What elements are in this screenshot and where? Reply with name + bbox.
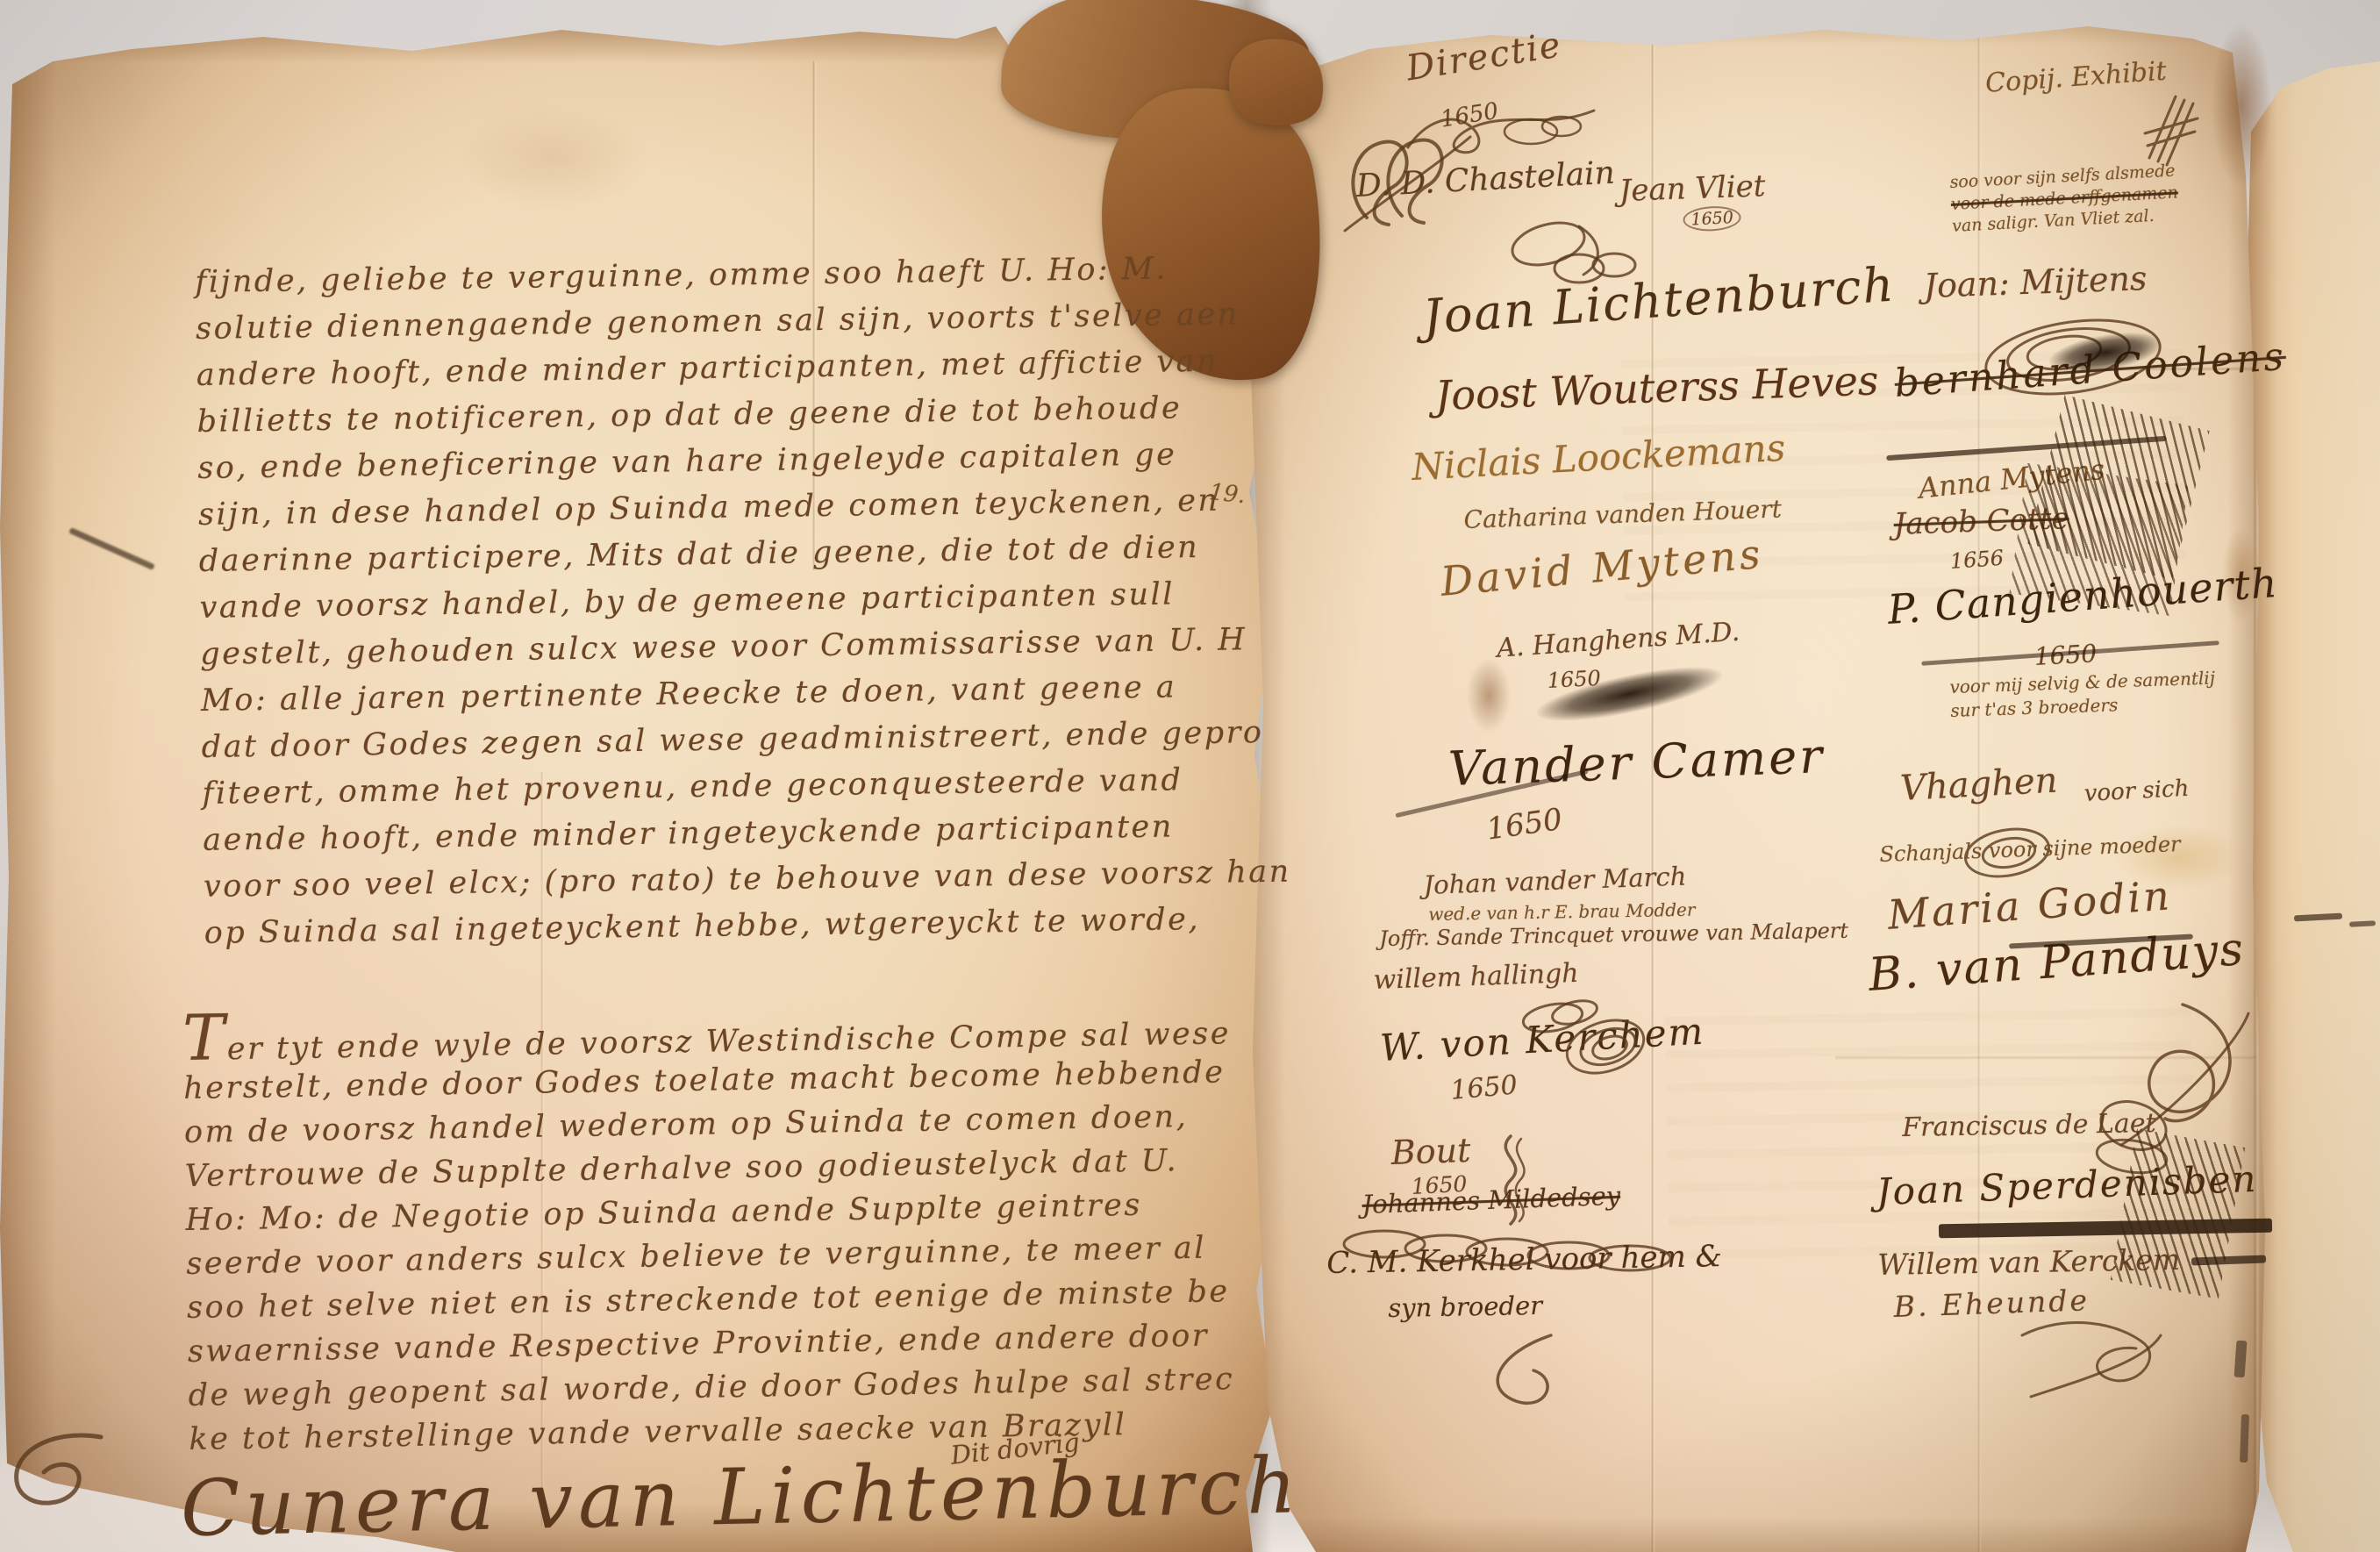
cangien-note: voor mij selvig & de samentlij sur t'as …: [1949, 666, 2216, 723]
signature-bout: Bout: [1390, 1131, 1471, 1172]
signature-jean-vliet: Jean Vliet: [1619, 168, 1766, 209]
stain: [456, 105, 649, 211]
manuscript-paragraph-1: fijnde, geliebe te verguinne, omme soo h…: [195, 245, 1292, 957]
signature-kerkhel-line2: syn broeder: [1388, 1291, 1542, 1323]
cotte-year: 1656: [1949, 546, 2005, 574]
fold-mark: [2240, 1414, 2249, 1463]
signature-mijtens: Joan: Mijtens: [1923, 259, 2148, 305]
ink-smudge: [1467, 658, 1511, 733]
vhaghen-note: voor sich: [2083, 776, 2190, 807]
scribble-hatch: [2009, 463, 2188, 616]
flourish-kerchem-loops: [1557, 1007, 1654, 1086]
kerchem-year: 1650: [1449, 1069, 1519, 1106]
flourish-eheunde: [2013, 1309, 2162, 1414]
page-edge-shade: [1239, 1517, 2269, 1552]
manuscript-photo: 19. fijnde, geliebe te verguinne, omme s…: [0, 0, 2380, 1552]
flourish-kerkhel-tail: [1463, 1327, 1569, 1414]
vliet-annotation: soo voor sijn selfs alsmede voor de mede…: [1949, 160, 2180, 237]
page-edge-shade: [0, 0, 56, 1552]
vliet-year: 1650: [1683, 208, 1741, 230]
burnt-edge: [1239, 0, 2269, 46]
signature-vhaghen: Vhaghen: [1899, 761, 2058, 809]
corner-hatch-flourish: [2141, 88, 2202, 167]
manuscript-paragraph-2: Ter tyt ende wyle de voorsz Westindische…: [182, 1006, 1237, 1462]
flourish-bottom-left: [0, 1420, 110, 1525]
signature-kerkhel: C. M. Kerkhel voor hem &: [1326, 1239, 1722, 1281]
